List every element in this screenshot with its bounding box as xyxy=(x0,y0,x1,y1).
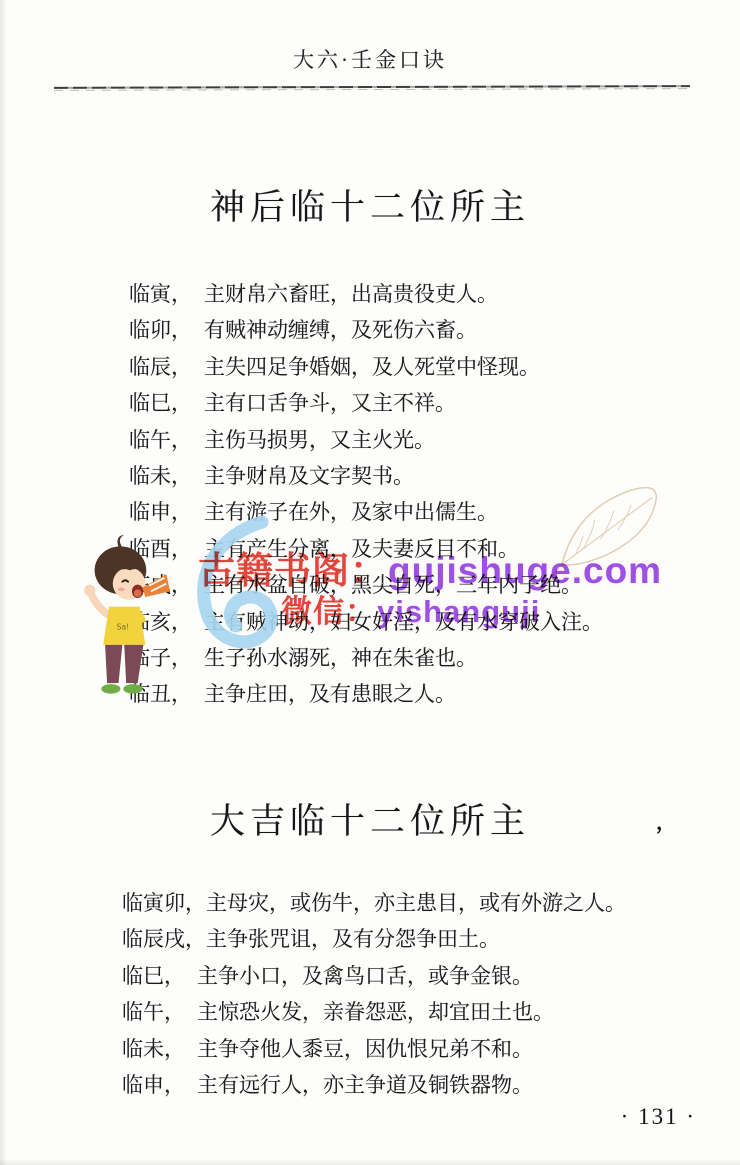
entry-text: 主伤马损男，又主火光。 xyxy=(204,428,435,452)
entry-position: 临寅卯， xyxy=(122,885,206,921)
entry-line: 临寅卯，主母灾，或伤牛，亦主患目，或有外游之人。 xyxy=(122,885,626,921)
entry-line: 临辰，主失四足争婚姻，及人死堂中怪现。 xyxy=(129,349,603,385)
entry-position: 临申， xyxy=(122,1067,197,1103)
scanned-book-page: 大六·壬金口诀 神后临十二位所主 临寅，主财帛六畜旺，出高贵役吏人。 临卯，有贼… xyxy=(0,0,740,1165)
entry-position: 临巳， xyxy=(122,958,197,994)
entry-text: 主争夺他人黍豆，因仇恨兄弟不和。 xyxy=(197,1037,533,1061)
svg-text:Sa!: Sa! xyxy=(117,623,130,632)
entry-line: 临寅，主财帛六畜旺，出高贵役吏人。 xyxy=(129,276,603,312)
entry-position: 临申， xyxy=(129,494,204,530)
entry-position: 临未， xyxy=(122,1031,197,1067)
running-header: 大六·壬金口诀 xyxy=(0,44,740,74)
entry-text: 生子孙水溺死，神在朱雀也。 xyxy=(204,646,477,670)
entry-position: 临子， xyxy=(129,640,204,676)
entry-line: 临丑，主争庄田，及有患眼之人。 xyxy=(129,676,603,712)
entry-text: 主争财帛及文字契书。 xyxy=(204,464,414,488)
stray-ink-mark: ， xyxy=(656,806,676,835)
section-1-body: 临寅，主财帛六畜旺，出高贵役吏人。 临卯，有贼神动缠缚，及死伤六畜。 临辰，主失… xyxy=(129,276,603,713)
entry-line: 临卯，有贼神动缠缚，及死伤六畜。 xyxy=(129,312,603,348)
entry-text: 主争张咒诅，及有分怨争田土。 xyxy=(206,927,500,951)
entry-line: 临子，生子孙水溺死，神在朱雀也。 xyxy=(129,640,603,676)
entry-line: 临巳，主有口舌争斗，又主不祥。 xyxy=(129,385,603,421)
watermark-wechat-label: 微信： xyxy=(281,594,377,629)
watermark-wechat-line: 微信：yishanguji xyxy=(281,586,540,631)
section-1-title: 神后临十二位所主 xyxy=(0,180,740,230)
entry-line: 临午，主惊恐火发，亲眷怨恶，却宜田土也。 xyxy=(122,994,626,1030)
entry-text: 主争小口，及禽鸟口舌，或争金银。 xyxy=(197,964,533,988)
entry-line: 临辰戌，主争张咒诅，及有分怨争田土。 xyxy=(122,921,626,957)
entry-line: 临申，主有游子在外，及家中出儒生。 xyxy=(129,494,603,530)
entry-text: 主惊恐火发，亲眷怨恶，却宜田土也。 xyxy=(197,1000,554,1024)
watermark-site-label: 古籍书阁： xyxy=(198,550,388,591)
entry-position: 临巳， xyxy=(129,385,204,421)
entry-line: 临未，主争夺他人黍豆，因仇恨兄弟不和。 xyxy=(122,1031,626,1067)
entry-text: 主失四足争婚姻，及人死堂中怪现。 xyxy=(204,355,540,379)
page-number: · 131 · xyxy=(621,1104,696,1130)
entry-position: 临亥， xyxy=(129,604,204,640)
watermark-wechat-id: yishanguji xyxy=(377,594,540,629)
entry-position: 临辰戌， xyxy=(122,921,206,957)
entry-text: 主争庄田，及有患眼之人。 xyxy=(204,682,456,706)
entry-position: 临午， xyxy=(122,994,197,1030)
entry-position: 临午， xyxy=(129,422,204,458)
header-divider-line xyxy=(54,85,690,91)
section-2-title: 大吉临十二位所主 xyxy=(0,794,740,844)
entry-line: 临巳，主争小口，及禽鸟口舌，或争金银。 xyxy=(122,958,626,994)
entry-text: 主有口舌争斗，又主不祥。 xyxy=(204,391,456,415)
entry-position: 临辰， xyxy=(129,349,204,385)
entry-position: 临丑， xyxy=(129,676,204,712)
entry-position: 临卯， xyxy=(129,312,204,348)
entry-position: 临寅， xyxy=(129,276,204,312)
entry-text: 有贼神动缠缚，及死伤六畜。 xyxy=(204,318,477,342)
entry-position: 临戌， xyxy=(129,567,204,603)
entry-line: 临未，主争财帛及文字契书。 xyxy=(129,458,603,494)
entry-text: 主财帛六畜旺，出高贵役吏人。 xyxy=(204,282,498,306)
entry-text: 主母灾，或伤牛，亦主患目，或有外游之人。 xyxy=(206,891,626,915)
watermark-site-url: gujishuge.com xyxy=(388,550,662,591)
entry-text: 主有远行人，亦主争道及铜铁器物。 xyxy=(197,1073,533,1097)
entry-line: 临申，主有远行人，亦主争道及铜铁器物。 xyxy=(122,1067,626,1103)
entry-position: 临未， xyxy=(129,458,204,494)
section-2-body: 临寅卯，主母灾，或伤牛，亦主患目，或有外游之人。 临辰戌，主争张咒诅，及有分怨争… xyxy=(122,885,626,1103)
entry-position: 临酉， xyxy=(129,531,204,567)
entry-text: 主有游子在外，及家中出儒生。 xyxy=(204,500,498,524)
entry-line: 临午，主伤马损男，又主火光。 xyxy=(129,422,603,458)
